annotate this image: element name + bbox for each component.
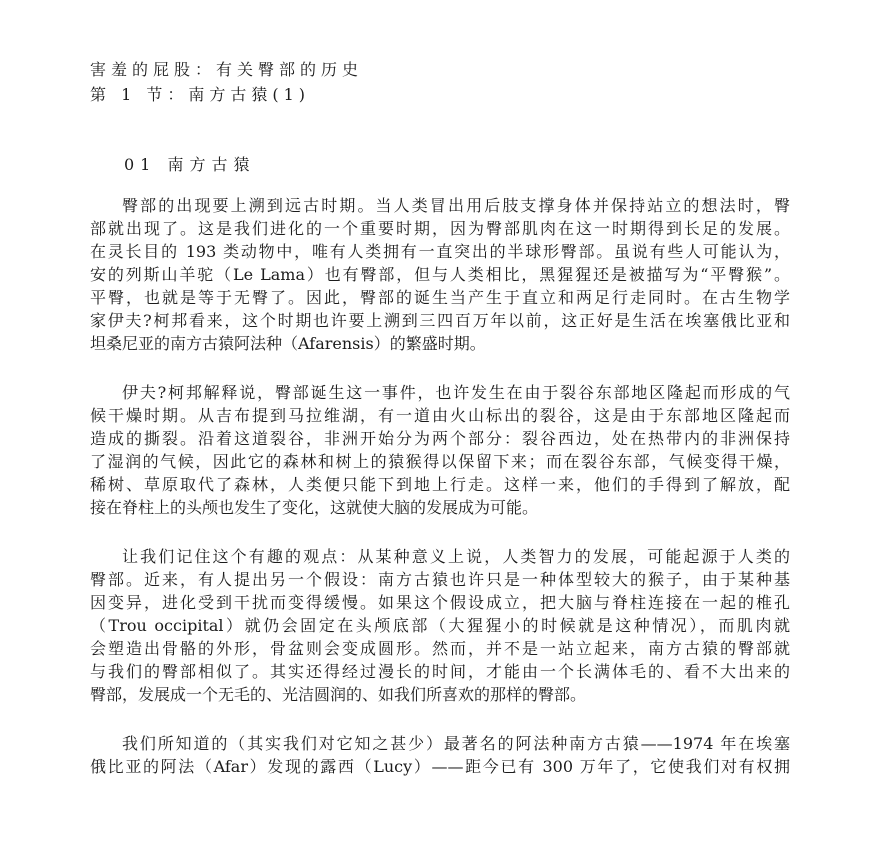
text-line: 会塑造出骨骼的外形，骨盆则会变成圆形。然而，并不是一站立起来，南方古猿的臀部就 — [90, 637, 790, 660]
text-line: 安的列斯山羊驼（Le Lama）也有臀部，但与人类相比，黑猩猩还是被描写为“平臀… — [90, 263, 790, 286]
document-page: 害羞的屁股：有关臀部的历史 第 1 节：南方古猿(1) 01 南方古猿 臀部的出… — [0, 0, 870, 842]
text-line: 平臀，也就是等于无臀了。因此，臀部的诞生当产生于直立和两足行走同时。在古生物学 — [90, 286, 790, 309]
paragraph: 臀部的出现要上溯到远古时期。当人类冒出用后肢支撑身体并保持站立的想法时，臀部就出… — [90, 194, 790, 355]
paragraph: 我们所知道的（其实我们对它知之甚少）最著名的阿法种南方古猿——1974 年在埃塞… — [90, 732, 790, 778]
text-line: 俄比亚的阿法（Afar）发现的露西（Lucy）——距今已有 300 万年了，它使… — [90, 755, 790, 778]
paragraph: 让我们记住这个有趣的观点：从某种意义上说，人类智力的发展，可能起源于人类的臀部。… — [90, 545, 790, 706]
text-line: 造成的撕裂。沿着这道裂谷，非洲开始分为两个部分：裂谷西边，处在热带内的非洲保持 — [90, 427, 790, 450]
text-line: 让我们记住这个有趣的观点：从某种意义上说，人类智力的发展，可能起源于人类的 — [90, 545, 790, 568]
text-line: 我们所知道的（其实我们对它知之甚少）最著名的阿法种南方古猿——1974 年在埃塞 — [90, 732, 790, 755]
text-line: 家伊夫?柯邦看来，这个时期也许要上溯到三四百万年以前，这正好是生活在埃塞俄比亚和 — [90, 309, 790, 332]
paragraph: 伊夫?柯邦解释说，臀部诞生这一事件，也许发生在由于裂谷东部地区隆起而形成的气候干… — [90, 381, 790, 519]
text-line: 与我们的臀部相似了。其实还得经过漫长的时间，才能由一个长满体毛的、看不大出来的 — [90, 660, 790, 683]
text-line: 臀部的出现要上溯到远古时期。当人类冒出用后肢支撑身体并保持站立的想法时，臀 — [90, 194, 790, 217]
book-title: 害羞的屁股：有关臀部的历史 — [90, 57, 790, 82]
document-header: 害羞的屁股：有关臀部的历史 第 1 节：南方古猿(1) — [90, 57, 790, 107]
body-text: 臀部的出现要上溯到远古时期。当人类冒出用后肢支撑身体并保持站立的想法时，臀部就出… — [90, 194, 790, 778]
text-line: 在灵长目的 193 类动物中，唯有人类拥有一直突出的半球形臀部。虽说有些人可能认… — [90, 240, 790, 263]
text-line: 稀树、草原取代了森林，人类便只能下到地上行走。这样一来，他们的手得到了解放，配 — [90, 473, 790, 496]
text-line: 坦桑尼亚的南方古猿阿法种（Afarensis）的繁盛时期。 — [90, 332, 790, 355]
text-line: 候干燥时期。从吉布提到马拉维湖，有一道由火山标出的裂谷，这是由于东部地区隆起而 — [90, 404, 790, 427]
text-line: 臀部。近来，有人提出另一个假设：南方古猿也许只是一种体型较大的猴子，由于某种基 — [90, 568, 790, 591]
text-line: 臀部，发展成一个无毛的、光洁圆润的、如我们所喜欢的那样的臀部。 — [90, 683, 790, 706]
text-line: 接在脊柱上的头颅也发生了变化，这就使大脑的发展成为可能。 — [90, 496, 790, 519]
text-line: 伊夫?柯邦解释说，臀部诞生这一事件，也许发生在由于裂谷东部地区隆起而形成的气 — [90, 381, 790, 404]
section-heading: 01 南方古猿 — [90, 152, 790, 177]
text-line: 部就出现了。这是我们进化的一个重要时期，因为臀部肌肉在这一时期得到长足的发展。 — [90, 217, 790, 240]
chapter-title: 第 1 节：南方古猿(1) — [90, 82, 790, 107]
text-line: 了湿润的气候，因此它的森林和树上的猿猴得以保留下来；而在裂谷东部，气候变得干燥， — [90, 450, 790, 473]
text-line: 因变异，进化受到干扰而变得缓慢。如果这个假设成立，把大脑与脊柱连接在一起的椎孔 — [90, 591, 790, 614]
text-line: （Trou occipital）就仍会固定在头颅底部（大猩猩小的时候就是这种情况… — [90, 614, 790, 637]
